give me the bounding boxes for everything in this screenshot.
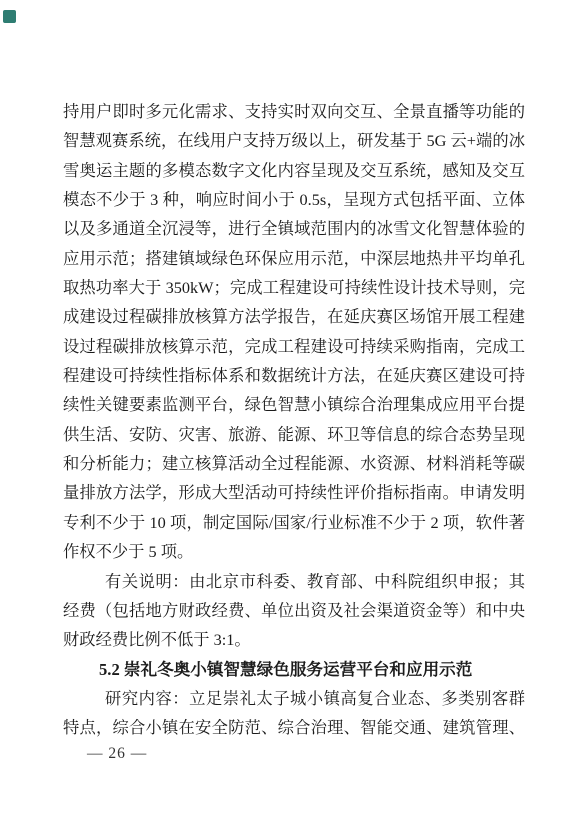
text-line: 成建设过程碳排放核算方法学报告，在延庆赛区场馆开展工程建 — [63, 302, 525, 331]
text-line: 设过程碳排放核算示范，完成工程建设可持续采购指南，完成工 — [63, 332, 525, 361]
text-line: 持用户即时多元化需求、支持实时双向交互、全景直播等功能的 — [63, 97, 525, 126]
text-line: 以及多通道全沉浸等，进行全镇域范围内的冰雪文化智慧体验的 — [63, 214, 525, 243]
section-heading: 5.2 崇礼冬奥小镇智慧绿色服务运营平台和应用示范 — [63, 655, 525, 684]
text-line: 程建设可持续性指标体系和数据统计方法，在延庆赛区建设可持 — [63, 361, 525, 390]
document-page: 持用户即时多元化需求、支持实时双向交互、全景直播等功能的 智慧观赛系统，在线用户… — [0, 0, 585, 818]
paragraph-start-line: 有关说明：由北京市科委、教育部、中科院组织申报；其他 — [63, 567, 525, 596]
text-line: 供生活、安防、灾害、旅游、能源、环卫等信息的综合态势呈现 — [63, 420, 525, 449]
text-line: 续性关键要素监测平台，绿色智慧小镇综合治理集成应用平台提 — [63, 390, 525, 419]
text-line: 特点，综合小镇在安全防范、综合治理、智能交通、建筑管理、 — [63, 713, 525, 742]
text-line: 模态不少于 3 种，响应时间小于 0.5s，呈现方式包括平面、立体 — [63, 185, 525, 214]
text-line: 专利不少于 10 项，制定国际/国家/行业标准不少于 2 项，软件著 — [63, 508, 525, 537]
text-line: 量排放方法学，形成大型活动可持续性评价指标指南。申请发明 — [63, 478, 525, 507]
text-line: 经费（包括地方财政经费、单位出资及社会渠道资金等）和中央 — [63, 596, 525, 625]
paragraph-start-line: 研究内容：立足崇礼太子城小镇高复合业态、多类别客群的 — [63, 684, 525, 713]
text-line: 取热功率大于 350kW；完成工程建设可持续性设计技术导则，完 — [63, 273, 525, 302]
text-line: 应用示范；搭建镇域绿色环保应用示范，中深层地热井平均单孔 — [63, 244, 525, 273]
page-number: — 26 — — [87, 744, 147, 764]
text-line: 智慧观赛系统，在线用户支持万级以上，研发基于 5G 云+端的冰 — [63, 126, 525, 155]
corner-mark — [3, 10, 16, 23]
text-line: 和分析能力；建立核算活动全过程能源、水资源、材料消耗等碳 — [63, 449, 525, 478]
text-line: 雪奥运主题的多模态数字文化内容呈现及交互系统，感知及交互 — [63, 156, 525, 185]
body-text: 持用户即时多元化需求、支持实时双向交互、全景直播等功能的 智慧观赛系统，在线用户… — [63, 97, 525, 743]
paragraph-end-line: 财政经费比例不低于 3:1。 — [63, 625, 525, 654]
paragraph-end-line: 作权不少于 5 项。 — [63, 537, 525, 566]
